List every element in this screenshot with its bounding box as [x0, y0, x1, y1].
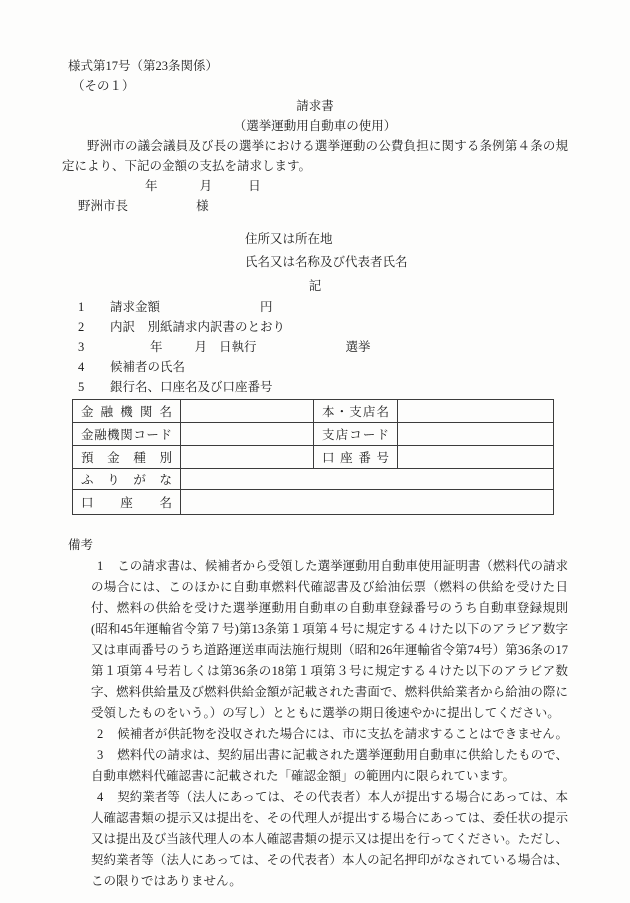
- table-row: 口座名: [73, 490, 554, 515]
- exec-month-label: 月: [195, 340, 208, 354]
- form-page: 様式第17号（第23条関係） （その１） 請求書 （選挙運動用自動車の使用） 野…: [0, 0, 630, 903]
- bank-name-field: [181, 400, 314, 423]
- remark-text: 契約業者等（法人にあっては、その代表者）本人が提出する場合にあっては、本人確認書…: [91, 790, 568, 888]
- address-label: 住所又は所在地: [245, 228, 568, 251]
- name-label: 氏名又は名称及び代表者氏名: [245, 251, 568, 274]
- list-item-breakdown: 2内訳 別紙請求内訳書のとおり: [78, 317, 568, 337]
- item-label: 候補者の氏名: [110, 360, 185, 374]
- form-title: 請求書: [62, 96, 568, 116]
- addressee-name: 野洲市長: [78, 199, 128, 213]
- bank-name-label: 金融機関名: [73, 400, 181, 423]
- form-number: 様式第17号（第23条関係）: [68, 56, 568, 76]
- date-day-label: 日: [248, 179, 261, 193]
- remark-number: 3: [97, 748, 103, 762]
- item-label: 請求金額: [110, 300, 160, 314]
- election-label: 選挙: [346, 340, 371, 354]
- remark-number: 1: [97, 559, 103, 573]
- deposit-type-field: [181, 446, 314, 469]
- ki-heading: 記: [62, 276, 568, 297]
- remark-text: 候補者が供託物を没収された場合には、市に支払を請求することはできません。: [117, 727, 568, 741]
- item-label: 内訳 別紙請求内訳書のとおり: [110, 320, 285, 334]
- account-number-label: 口座番号: [314, 446, 398, 469]
- remark-item: 2候補者が供託物を没収された場合には、市に支払を請求することはできません。: [91, 724, 568, 745]
- date-year-label: 年: [145, 179, 158, 193]
- exec-year-label: 年: [150, 340, 163, 354]
- branch-name-label: 本・支店名: [314, 400, 398, 423]
- account-name-field: [181, 490, 554, 515]
- remark-item: 1この請求書は、候補者から受領した選挙運動用自動車使用証明書（燃料代の請求の場合…: [91, 556, 568, 724]
- item-number: 4: [78, 357, 110, 377]
- list-item-candidate-name: 4候補者の氏名: [78, 357, 568, 377]
- branch-code-label: 支店コード: [314, 423, 398, 446]
- account-number-field: [398, 446, 554, 469]
- date-line: 年 月 日: [62, 176, 568, 196]
- account-name-label: 口座名: [73, 490, 181, 515]
- list-item-election-date: 3年月日執行選挙: [78, 337, 568, 357]
- table-row: ふりがな: [73, 469, 554, 490]
- item-number: 2: [78, 317, 110, 337]
- addressee-honorific: 様: [196, 199, 209, 213]
- item-number: 1: [78, 297, 110, 317]
- bank-account-table: 金融機関名 本・支店名 金融機関コード 支店コード 預金種別 口座番号 ふりがな: [72, 399, 554, 515]
- date-month-label: 月: [200, 179, 213, 193]
- exec-day-label: 日執行: [219, 340, 257, 354]
- list-item-bank-account: 5銀行名、口座名及び口座番号: [78, 377, 568, 397]
- table-row: 預金種別 口座番号: [73, 446, 554, 469]
- remark-item: 4契約業者等（法人にあっては、その代表者）本人が提出する場合にあっては、本人確認…: [91, 787, 568, 892]
- remark-number: 4: [97, 790, 103, 804]
- yen-unit-label: 円: [260, 300, 273, 314]
- remarks-list: 1この請求書は、候補者から受領した選挙運動用自動車使用証明書（燃料代の請求の場合…: [91, 556, 568, 892]
- remark-item: 3燃料代の請求は、契約届出書に記載された選挙運動用自動車に供給したもので、自動車…: [91, 745, 568, 787]
- list-item-amount: 1請求金額円: [78, 297, 568, 317]
- remarks-heading: 備考: [68, 535, 568, 556]
- deposit-type-label: 預金種別: [73, 446, 181, 469]
- table-row: 金融機関コード 支店コード: [73, 423, 554, 446]
- remark-text: 燃料代の請求は、契約届出書に記載された選挙運動用自動車に供給したもので、自動車燃…: [91, 748, 568, 783]
- item-label: 銀行名、口座名及び口座番号: [110, 380, 273, 394]
- table-row: 金融機関名 本・支店名: [73, 400, 554, 423]
- branch-code-field: [398, 423, 554, 446]
- remark-text: この請求書は、候補者から受領した選挙運動用自動車使用証明書（燃料代の請求の場合に…: [91, 559, 568, 720]
- form-sub-number: （その１）: [72, 76, 568, 96]
- bank-code-label: 金融機関コード: [73, 423, 181, 446]
- item-number: 5: [78, 377, 110, 397]
- intro-paragraph: 野洲市の議会議員及び長の選挙における選挙運動の公費負担に関する条例第４条の規定に…: [62, 136, 568, 176]
- remark-number: 2: [97, 727, 103, 741]
- form-subtitle: （選挙運動用自動車の使用）: [62, 116, 568, 136]
- bank-code-field: [181, 423, 314, 446]
- item-number: 3: [78, 337, 110, 357]
- item-list: 1請求金額円 2内訳 別紙請求内訳書のとおり 3年月日執行選挙 4候補者の氏名 …: [62, 297, 568, 397]
- furigana-field: [181, 469, 554, 490]
- addressee-line: 野洲市長 様: [62, 196, 568, 216]
- furigana-label: ふりがな: [73, 469, 181, 490]
- branch-name-field: [398, 400, 554, 423]
- claimant-block: 住所又は所在地 氏名又は名称及び代表者氏名: [62, 228, 568, 274]
